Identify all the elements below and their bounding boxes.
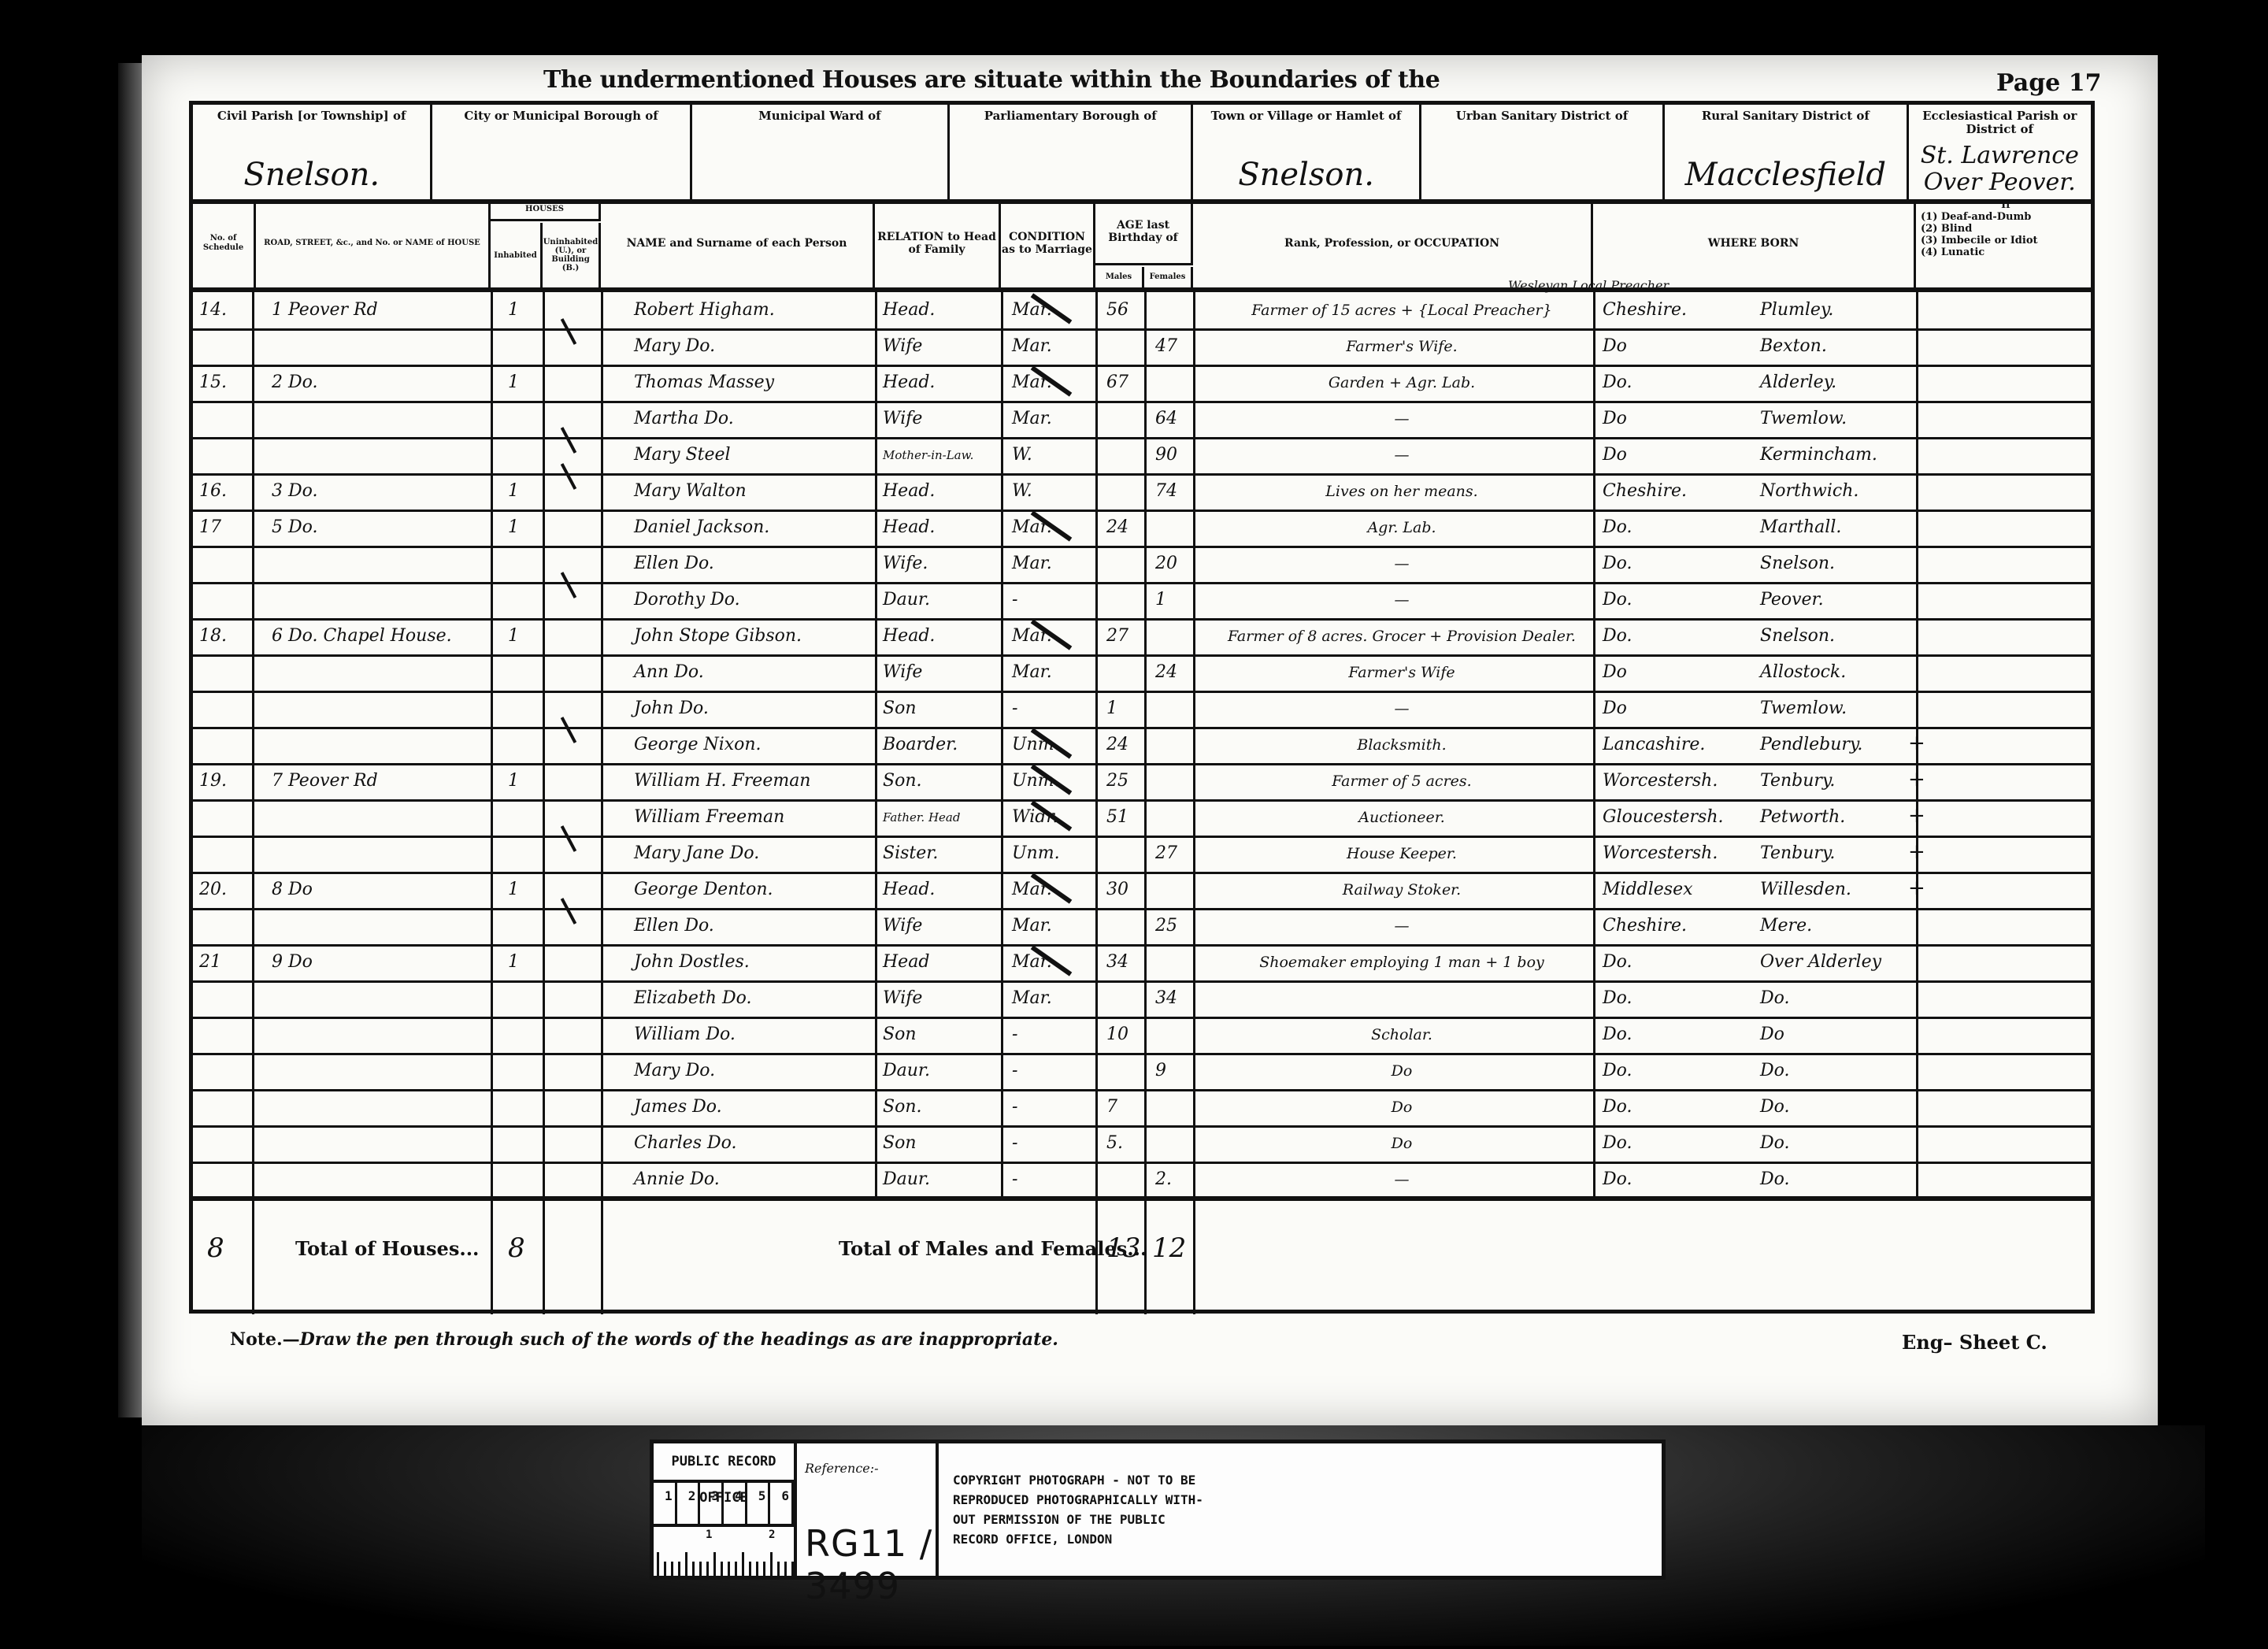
occupation: Blacksmith. bbox=[1217, 727, 1587, 763]
relation: Daur. bbox=[883, 1053, 930, 1089]
boundary-label: Ecclesiastical Parish or District of bbox=[1909, 105, 2092, 136]
birth-place: Tenbury. bbox=[1760, 836, 1835, 872]
marital-condition: - bbox=[1012, 691, 1017, 727]
road-address: 9 Do bbox=[272, 944, 313, 980]
houses-total-label: Total of Houses... bbox=[295, 1237, 479, 1260]
person-name: John Stope Gibson. bbox=[634, 618, 802, 654]
ruler-inches: 12 bbox=[654, 1527, 794, 1576]
birth-place: Do. bbox=[1760, 980, 1790, 1017]
persons-total-label: Total of Males and Females... bbox=[839, 1237, 1147, 1260]
occupation: Auctioneer. bbox=[1217, 799, 1587, 836]
relation: Wife bbox=[883, 908, 922, 944]
table-row: William Do.Son-10Scholar.Do.Do bbox=[193, 1017, 2091, 1055]
schedule-number: 19. bbox=[199, 763, 227, 799]
schedule-number: 21 bbox=[199, 944, 221, 980]
schedule-number: 15. bbox=[199, 365, 227, 401]
person-name: Thomas Massey bbox=[634, 365, 774, 401]
male-age: 24 bbox=[1106, 727, 1128, 763]
birth-county: Do. bbox=[1603, 1089, 1632, 1125]
relation: Daur. bbox=[883, 1162, 930, 1198]
birth-place: Do. bbox=[1760, 1125, 1790, 1162]
table-row: Ellen Do.Wife.Mar.20—Do.Snelson. bbox=[193, 546, 2091, 584]
marital-condition: Mar. bbox=[1012, 401, 1052, 437]
relation: Wife bbox=[883, 328, 922, 365]
inhabited-count: 1 bbox=[508, 763, 519, 799]
marital-condition: Mar. bbox=[1012, 328, 1052, 365]
copyright-box: COPYRIGHT PHOTOGRAPH - NOT TO BE REPRODU… bbox=[939, 1443, 1662, 1576]
relation: Son. bbox=[883, 763, 921, 799]
person-name: John Do. bbox=[634, 691, 709, 727]
occupation: Agr. Lab. bbox=[1217, 510, 1587, 546]
person-name: Dorothy Do. bbox=[634, 582, 740, 618]
person-name: Mary Walton bbox=[634, 473, 747, 510]
person-name: William H. Freeman bbox=[634, 763, 810, 799]
ruler-cm-mark: 1 bbox=[654, 1483, 677, 1524]
infirmity-title: If bbox=[2001, 199, 2010, 211]
female-age: 34 bbox=[1155, 980, 1177, 1017]
birth-place: Mere. bbox=[1760, 908, 1812, 944]
birth-county: Do. bbox=[1603, 1017, 1632, 1053]
boundary-label: Urban Sanitary District of bbox=[1421, 105, 1662, 123]
col-age: AGE last Birthday of bbox=[1095, 199, 1193, 265]
birth-place: Alderley. bbox=[1760, 365, 1836, 401]
person-name: Mary Do. bbox=[634, 1053, 715, 1089]
marital-condition: - bbox=[1012, 1125, 1017, 1162]
ruler-tick bbox=[777, 1562, 780, 1576]
occupation bbox=[1217, 980, 1587, 1017]
relation: Head. bbox=[883, 365, 935, 401]
schedule-number: 18. bbox=[199, 618, 227, 654]
occupation: — bbox=[1217, 908, 1587, 944]
note-text: Draw the pen through such of the words o… bbox=[300, 1329, 1058, 1350]
ruler-cm-mark: 4 bbox=[724, 1483, 747, 1524]
checker-cross-mark: + bbox=[1908, 876, 1925, 900]
table-row: George Nixon.Boarder.Unm.24Blacksmith.La… bbox=[193, 727, 2091, 765]
birth-county: Cheshire. bbox=[1603, 292, 1687, 328]
person-name: Martha Do. bbox=[634, 401, 734, 437]
schedule-number: 17 bbox=[199, 510, 221, 546]
birth-county: Do. bbox=[1603, 944, 1632, 980]
marital-condition: - bbox=[1012, 1089, 1017, 1125]
relation: Wife bbox=[883, 401, 922, 437]
road-address: 5 Do. bbox=[272, 510, 317, 546]
male-age: 25 bbox=[1106, 763, 1128, 799]
relation: Wife bbox=[883, 980, 922, 1017]
boundary-value: Macclesfield bbox=[1665, 157, 1906, 193]
road-address: 7 Peover Rd bbox=[272, 763, 378, 799]
col-inhabited: Inhabited bbox=[491, 223, 543, 287]
occupation: Scholar. bbox=[1217, 1017, 1587, 1053]
table-row: Mary Jane Do.Sister.Unm.27House Keeper.W… bbox=[193, 836, 2091, 874]
table-row: 15.2 Do.1Thomas MasseyHead.Mar.67Garden … bbox=[193, 365, 2091, 403]
person-name: Robert Higham. bbox=[634, 292, 775, 328]
relation: Son bbox=[883, 691, 917, 727]
occupation: — bbox=[1217, 437, 1587, 473]
col-schedule: No. of Schedule bbox=[193, 199, 256, 287]
occupation: Farmer's Wife bbox=[1217, 654, 1587, 691]
table-row: Martha Do.WifeMar.64—DoTwemlow. bbox=[193, 401, 2091, 439]
relation: Head. bbox=[883, 618, 935, 654]
birth-place: Do. bbox=[1760, 1053, 1790, 1089]
schedule-total: 8 bbox=[207, 1232, 224, 1264]
birth-place: Marthall. bbox=[1760, 510, 1841, 546]
marital-condition: - bbox=[1012, 582, 1017, 618]
ruler-tick bbox=[657, 1552, 659, 1576]
birth-place: Northwich. bbox=[1760, 473, 1858, 510]
female-age: 1 bbox=[1155, 582, 1166, 618]
column-headers: No. of Schedule ROAD, STREET, &c., and N… bbox=[193, 199, 2091, 292]
occupation: Farmer of 15 acres + {Local Preacher} bbox=[1217, 292, 1587, 328]
relation: Head. bbox=[883, 510, 935, 546]
checker-cross-mark: + bbox=[1908, 732, 1925, 755]
boundary-3: Municipal Ward of bbox=[692, 105, 950, 199]
birth-county: Do bbox=[1603, 401, 1627, 437]
birth-place: Snelson. bbox=[1760, 618, 1835, 654]
birth-county: Worcestersh. bbox=[1603, 763, 1718, 799]
infirmity-2: (2) Blind bbox=[1921, 223, 1972, 235]
boundary-1: Civil Parish [or Township] ofSnelson. bbox=[193, 105, 432, 199]
inhabited-count: 1 bbox=[508, 473, 519, 510]
inhabited-count: 1 bbox=[508, 510, 519, 546]
person-name: Annie Do. bbox=[634, 1162, 720, 1198]
table-row: 18.6 Do. Chapel House.1John Stope Gibson… bbox=[193, 618, 2091, 657]
boundary-label: Parliamentary Borough of bbox=[950, 105, 1191, 123]
occupation: — bbox=[1217, 1162, 1587, 1198]
ruler-cm-mark: 6 bbox=[770, 1483, 794, 1524]
col-males: Males bbox=[1095, 267, 1144, 287]
boundary-value: Snelson. bbox=[193, 157, 430, 193]
table-row: Ellen Do.WifeMar.25—Cheshire.Mere. bbox=[193, 908, 2091, 947]
birth-county: Do bbox=[1603, 654, 1627, 691]
female-age: 90 bbox=[1155, 437, 1177, 473]
occupation: Farmer's Wife. bbox=[1217, 328, 1587, 365]
marital-condition: Unm. bbox=[1012, 836, 1060, 872]
occupation: Farmer of 5 acres. bbox=[1217, 763, 1587, 799]
table-row: 175 Do.1Daniel Jackson.Head.Mar.24Agr. L… bbox=[193, 510, 2091, 548]
table-row: Elizabeth Do.WifeMar.34Do.Do. bbox=[193, 980, 2091, 1019]
occupation: House Keeper. bbox=[1217, 836, 1587, 872]
person-name: William Freeman bbox=[634, 799, 784, 836]
male-age: 51 bbox=[1106, 799, 1128, 836]
male-age: 27 bbox=[1106, 618, 1128, 654]
table-row: Mary SteelMother-in-Law.W.90—DoKermincha… bbox=[193, 437, 2091, 476]
checker-cross-mark: + bbox=[1908, 840, 1925, 864]
boundary-value: St. Lawrence Over Peover. bbox=[1909, 143, 2092, 196]
marital-condition: Mar. bbox=[1012, 908, 1052, 944]
table-row: Dorothy Do.Daur.-1—Do.Peover. bbox=[193, 582, 2091, 621]
birth-place: Peover. bbox=[1760, 582, 1824, 618]
reference-box: Reference:- RG11 / 3499 bbox=[797, 1443, 939, 1576]
person-name: Daniel Jackson. bbox=[634, 510, 769, 546]
ruler-tick bbox=[763, 1562, 765, 1576]
birth-place: Bexton. bbox=[1760, 328, 1827, 365]
birth-county: Do. bbox=[1603, 365, 1632, 401]
table-row: 19.7 Peover Rd1William H. FreemanSon.Unm… bbox=[193, 763, 2091, 802]
female-age: 27 bbox=[1155, 836, 1177, 872]
inhabited-count: 1 bbox=[508, 292, 519, 328]
schedule-number: 14. bbox=[199, 292, 227, 328]
occupation: Lives on her means. bbox=[1217, 473, 1587, 510]
marital-condition: - bbox=[1012, 1017, 1017, 1053]
houses-total: 8 bbox=[508, 1232, 525, 1264]
ruler-tick bbox=[721, 1562, 723, 1576]
col-occupation: Rank, Profession, or OCCUPATION bbox=[1193, 199, 1593, 287]
ruler-tick bbox=[699, 1562, 702, 1576]
male-age: 7 bbox=[1106, 1089, 1117, 1125]
relation: Father. Head bbox=[883, 799, 960, 836]
relation: Sister. bbox=[883, 836, 938, 872]
col-uninhabited: Uninhabited (U.), or Building (B.) bbox=[543, 223, 601, 287]
boundary-4: Parliamentary Borough of bbox=[950, 105, 1193, 199]
birth-county: Do bbox=[1603, 437, 1627, 473]
birth-county: Lancashire. bbox=[1603, 727, 1705, 763]
person-name: James Do. bbox=[634, 1089, 722, 1125]
table-row: Ann Do.WifeMar.24Farmer's WifeDoAllostoc… bbox=[193, 654, 2091, 693]
boundary-6: Urban Sanitary District of bbox=[1421, 105, 1665, 199]
birth-county: Worcestersh. bbox=[1603, 836, 1718, 872]
ruler-tick bbox=[692, 1562, 695, 1576]
ruler-cm: 123456 bbox=[654, 1483, 794, 1527]
checker-cross-mark: + bbox=[1908, 768, 1925, 791]
birth-place: Kermincham. bbox=[1760, 437, 1877, 473]
col-where-born: WHERE BORN bbox=[1593, 199, 1916, 287]
male-age: 67 bbox=[1106, 365, 1128, 401]
road-address: 2 Do. bbox=[272, 365, 317, 401]
person-name: Ann Do. bbox=[634, 654, 704, 691]
male-age: 56 bbox=[1106, 292, 1128, 328]
col-females: Females bbox=[1144, 267, 1193, 287]
relation: Son. bbox=[883, 1089, 921, 1125]
occupation: Garden + Agr. Lab. bbox=[1217, 365, 1587, 401]
marital-condition: - bbox=[1012, 1162, 1017, 1198]
birth-place: Over Alderley bbox=[1760, 944, 1881, 980]
ruler-cm-mark: 2 bbox=[677, 1483, 701, 1524]
infirmity-1: (1) Deaf-and-Dumb bbox=[1921, 211, 2031, 223]
female-age: 47 bbox=[1155, 328, 1177, 365]
marital-condition: Mar. bbox=[1012, 980, 1052, 1017]
relation: Wife. bbox=[883, 546, 928, 582]
birth-place: Petworth. bbox=[1760, 799, 1845, 836]
inhabited-count: 1 bbox=[508, 618, 519, 654]
birth-place: Do bbox=[1760, 1017, 1784, 1053]
males-total: 13 bbox=[1106, 1232, 1140, 1264]
female-age: 25 bbox=[1155, 908, 1177, 944]
birth-county: Do bbox=[1603, 691, 1627, 727]
marital-condition: W. bbox=[1012, 437, 1032, 473]
infirmity-4: (4) Lunatic bbox=[1921, 246, 1984, 258]
totals-row: 8 Total of Houses... 8 Total of Males an… bbox=[193, 1196, 2091, 1314]
ruler-tick bbox=[742, 1552, 744, 1576]
reference-value: RG11 / 3499 bbox=[805, 1522, 936, 1607]
pro-scale-box: PUBLIC RECORD OFFICE 123456 12 bbox=[654, 1443, 797, 1576]
boundary-2: City or Municipal Borough of bbox=[432, 105, 691, 199]
ruler-tick bbox=[671, 1562, 673, 1576]
table-row: Annie Do.Daur.-2.—Do.Do. bbox=[193, 1162, 2091, 1200]
table-row: 16.3 Do.1Mary WaltonHead.W.74Lives on he… bbox=[193, 473, 2091, 512]
male-age: 24 bbox=[1106, 510, 1128, 546]
birth-county: Do bbox=[1603, 328, 1627, 365]
inhabited-count: 1 bbox=[508, 365, 519, 401]
male-age: 34 bbox=[1106, 944, 1128, 980]
col-houses: HOUSES bbox=[491, 199, 601, 221]
birth-county: Do. bbox=[1603, 618, 1632, 654]
ruler-tick bbox=[685, 1552, 687, 1576]
birth-place: Snelson. bbox=[1760, 546, 1835, 582]
col-road: ROAD, STREET, &c., and No. or NAME of HO… bbox=[256, 199, 491, 287]
male-age: 5. bbox=[1106, 1125, 1123, 1162]
occupation: Farmer of 8 acres. Grocer + Provision De… bbox=[1217, 618, 1587, 654]
ruler-tick bbox=[706, 1562, 709, 1576]
table-row: Charles Do.Son-5.DoDo.Do. bbox=[193, 1125, 2091, 1164]
ruler-cm-mark: 5 bbox=[747, 1483, 771, 1524]
marital-condition: W. bbox=[1012, 473, 1032, 510]
relation: Daur. bbox=[883, 582, 930, 618]
col-relation: RELATION to Head of Family bbox=[875, 199, 1001, 287]
male-age: 1 bbox=[1106, 691, 1117, 727]
male-age: 30 bbox=[1106, 872, 1128, 908]
occupation: Shoemaker employing 1 man + 1 boy bbox=[1217, 944, 1587, 980]
relation: Head bbox=[883, 944, 929, 980]
ruler-tick bbox=[678, 1562, 680, 1576]
person-name: Ellen Do. bbox=[634, 546, 714, 582]
marital-condition: Mar. bbox=[1012, 654, 1052, 691]
page-number: Page 17 bbox=[1996, 69, 2101, 97]
birth-county: Do. bbox=[1603, 980, 1632, 1017]
ruler-cm-mark: 3 bbox=[700, 1483, 724, 1524]
birth-place: Tenbury. bbox=[1760, 763, 1835, 799]
table-row: James Do.Son.-7DoDo.Do. bbox=[193, 1089, 2091, 1128]
birth-county: Do. bbox=[1603, 582, 1632, 618]
person-name: George Nixon. bbox=[634, 727, 762, 763]
pro-title: PUBLIC RECORD OFFICE bbox=[654, 1443, 794, 1483]
boundary-label: Municipal Ward of bbox=[692, 105, 947, 123]
schedule-number: 16. bbox=[199, 473, 227, 510]
note-prefix: Note.— bbox=[230, 1329, 300, 1350]
ruler-tick bbox=[735, 1562, 737, 1576]
relation: Boarder. bbox=[883, 727, 958, 763]
occupation: Railway Stoker. bbox=[1217, 872, 1587, 908]
table-row: 219 Do1John Dostles.HeadMar.34Shoemaker … bbox=[193, 944, 2091, 983]
relation: Head. bbox=[883, 872, 935, 908]
person-name: Ellen Do. bbox=[634, 908, 714, 944]
birth-county: Cheshire. bbox=[1603, 473, 1687, 510]
col-condition: CONDITION as to Marriage bbox=[1001, 199, 1095, 287]
female-age: 20 bbox=[1155, 546, 1177, 582]
schedule-number: 20. bbox=[199, 872, 227, 908]
occupation: — bbox=[1217, 691, 1587, 727]
table-row: Mary Do.Daur.-9DoDo.Do. bbox=[193, 1053, 2091, 1091]
table-row: William FreemanFather. HeadWidr.51Auctio… bbox=[193, 799, 2091, 838]
public-record-office-stamp: PUBLIC RECORD OFFICE 123456 12 Reference… bbox=[650, 1440, 1666, 1580]
boundary-label: Rural Sanitary District of bbox=[1665, 105, 1906, 123]
boundary-value: Snelson. bbox=[1193, 157, 1418, 193]
boundary-8: Ecclesiastical Parish or District ofSt. … bbox=[1909, 105, 2092, 199]
copyright-text: COPYRIGHT PHOTOGRAPH - NOT TO BE REPRODU… bbox=[953, 1470, 1203, 1549]
birth-place: Do. bbox=[1760, 1089, 1790, 1125]
col-name: NAME and Surname of each Person bbox=[601, 199, 875, 287]
ruler-tick bbox=[756, 1562, 758, 1576]
occupation: Do bbox=[1217, 1125, 1587, 1162]
relation: Wife bbox=[883, 654, 922, 691]
occupation: — bbox=[1217, 401, 1587, 437]
road-address: 6 Do. Chapel House. bbox=[272, 618, 452, 654]
boundary-label: Civil Parish [or Township] of bbox=[193, 105, 430, 123]
person-name: Elizabeth Do. bbox=[634, 980, 751, 1017]
birth-place: Do. bbox=[1760, 1162, 1790, 1198]
infirmity-3: (3) Imbecile or Idiot bbox=[1921, 235, 2038, 246]
census-form: Civil Parish [or Township] ofSnelson.Cit… bbox=[189, 101, 2095, 1314]
birth-county: Do. bbox=[1603, 510, 1632, 546]
ruler-tick bbox=[713, 1552, 716, 1576]
boundaries-banner: The undermentioned Houses are situate wi… bbox=[543, 66, 1440, 94]
inhabited-count: 1 bbox=[508, 944, 519, 980]
person-name: George Denton. bbox=[634, 872, 773, 908]
female-age: 74 bbox=[1155, 473, 1177, 510]
checker-cross-mark: + bbox=[1908, 804, 1925, 828]
birth-county: Do. bbox=[1603, 1125, 1632, 1162]
person-name: William Do. bbox=[634, 1017, 736, 1053]
occupation: Do bbox=[1217, 1089, 1587, 1125]
female-age: 9 bbox=[1155, 1053, 1166, 1089]
relation: Son bbox=[883, 1125, 917, 1162]
heading-note: Note.—Draw the pen through such of the w… bbox=[230, 1329, 1058, 1350]
road-address: 3 Do. bbox=[272, 473, 317, 510]
ruler-inch-label: 2 bbox=[769, 1529, 775, 1541]
birth-place: Willesden. bbox=[1760, 872, 1851, 908]
road-address: 8 Do bbox=[272, 872, 313, 908]
female-age: 2. bbox=[1155, 1162, 1172, 1198]
person-name: Mary Do. bbox=[634, 328, 715, 365]
occupation: Do bbox=[1217, 1053, 1587, 1089]
person-name: Mary Steel bbox=[634, 437, 731, 473]
person-name: Charles Do. bbox=[634, 1125, 736, 1162]
birth-place: Twemlow. bbox=[1760, 691, 1847, 727]
table-row: John Do.Son-1—DoTwemlow. bbox=[193, 691, 2091, 729]
occupation: — bbox=[1217, 582, 1587, 618]
relation: Head. bbox=[883, 292, 935, 328]
ruler-tick bbox=[728, 1562, 730, 1576]
ruler-tick bbox=[749, 1562, 751, 1576]
birth-place: Twemlow. bbox=[1760, 401, 1847, 437]
boundaries-header: Civil Parish [or Township] ofSnelson.Cit… bbox=[193, 105, 2091, 204]
boundary-label: City or Municipal Borough of bbox=[432, 105, 689, 123]
birth-county: Cheshire. bbox=[1603, 908, 1687, 944]
boundary-7: Rural Sanitary District ofMacclesfield bbox=[1665, 105, 1908, 199]
boundary-label: Town or Village or Hamlet of bbox=[1193, 105, 1418, 123]
male-age: 10 bbox=[1106, 1017, 1128, 1053]
boundary-5: Town or Village or Hamlet ofSnelson. bbox=[1193, 105, 1421, 199]
marital-condition: Mar. bbox=[1012, 546, 1052, 582]
ruler-tick bbox=[791, 1562, 794, 1576]
ruler-tick bbox=[770, 1552, 773, 1576]
birth-county: Do. bbox=[1603, 1162, 1632, 1198]
birth-place: Plumley. bbox=[1760, 292, 1833, 328]
birth-place: Pendlebury. bbox=[1760, 727, 1862, 763]
female-age: 64 bbox=[1155, 401, 1177, 437]
sheet-label: Eng– Sheet C. bbox=[1902, 1331, 2047, 1354]
birth-county: Middlesex bbox=[1603, 872, 1693, 908]
occupation: — bbox=[1217, 546, 1587, 582]
table-row: 20.8 Do1George Denton.Head.Mar.30Railway… bbox=[193, 872, 2091, 910]
females-total: 12 bbox=[1152, 1232, 1186, 1264]
relation: Head. bbox=[883, 473, 935, 510]
marital-condition: - bbox=[1012, 1053, 1017, 1089]
relation: Mother-in-Law. bbox=[883, 437, 973, 473]
ruler-tick bbox=[664, 1562, 666, 1576]
person-name: Mary Jane Do. bbox=[634, 836, 759, 872]
table-row: 14.1 Peover Rd1Robert Higham.Head.Mar.56… bbox=[193, 292, 2091, 331]
birth-place: Allostock. bbox=[1760, 654, 1846, 691]
